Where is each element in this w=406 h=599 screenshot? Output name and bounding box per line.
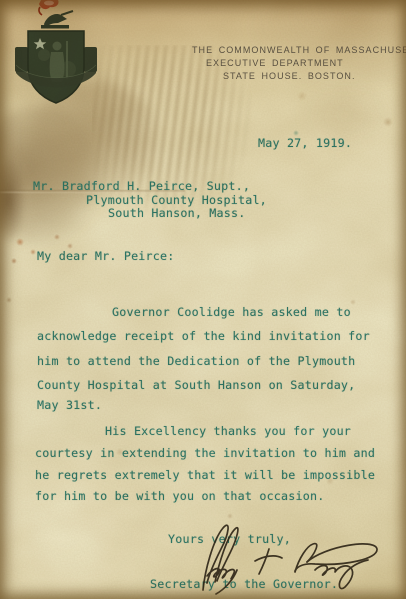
body-p2-line-3: he regrets extremely that it will be imp… [35, 468, 375, 482]
stain-left-edge [0, 158, 26, 244]
body-p2-line-4: for him to be with you on that occasion. [35, 489, 324, 503]
body-p2-line-1: His Excellency thanks you for your [105, 424, 351, 438]
date-line: May 27, 1919. [258, 136, 352, 150]
letterhead-line-2: EXECUTIVE DEPARTMENT [206, 58, 344, 68]
body-p2-line-2: courtesy in extending the invitation to … [35, 446, 375, 460]
stain-blotch-left [0, 105, 105, 245]
body-p1-line-2: acknowledge receipt of the kind invitati… [37, 329, 370, 343]
body-p1-line-3: him to attend the Dedication of the Plym… [37, 354, 355, 368]
letterhead-line-1: THE COMMONWEALTH OF MASSACHUSETTS [192, 45, 406, 55]
signature-henry-f-long [145, 518, 385, 598]
massachusetts-coat-of-arms-icon [14, 9, 98, 109]
body-p1-line-1: Governor Coolidge has asked me to [112, 305, 351, 319]
letterhead-line-3: STATE HOUSE. BOSTON. [223, 71, 356, 81]
recipient-line-1: Mr. Bradford H. Peirce, Supt., [33, 179, 250, 193]
recipient-line-2: Plymouth County Hospital, [86, 193, 267, 207]
body-p1-line-5: May 31st. [37, 398, 102, 412]
body-p1-line-4: County Hospital at South Hanson on Satur… [37, 378, 355, 392]
recipient-line-3: South Hanson, Mass. [108, 206, 246, 220]
letter-page: THE COMMONWEALTH OF MASSACHUSETTS EXECUT… [0, 0, 406, 599]
salutation: My dear Mr. Peirce: [37, 249, 175, 263]
